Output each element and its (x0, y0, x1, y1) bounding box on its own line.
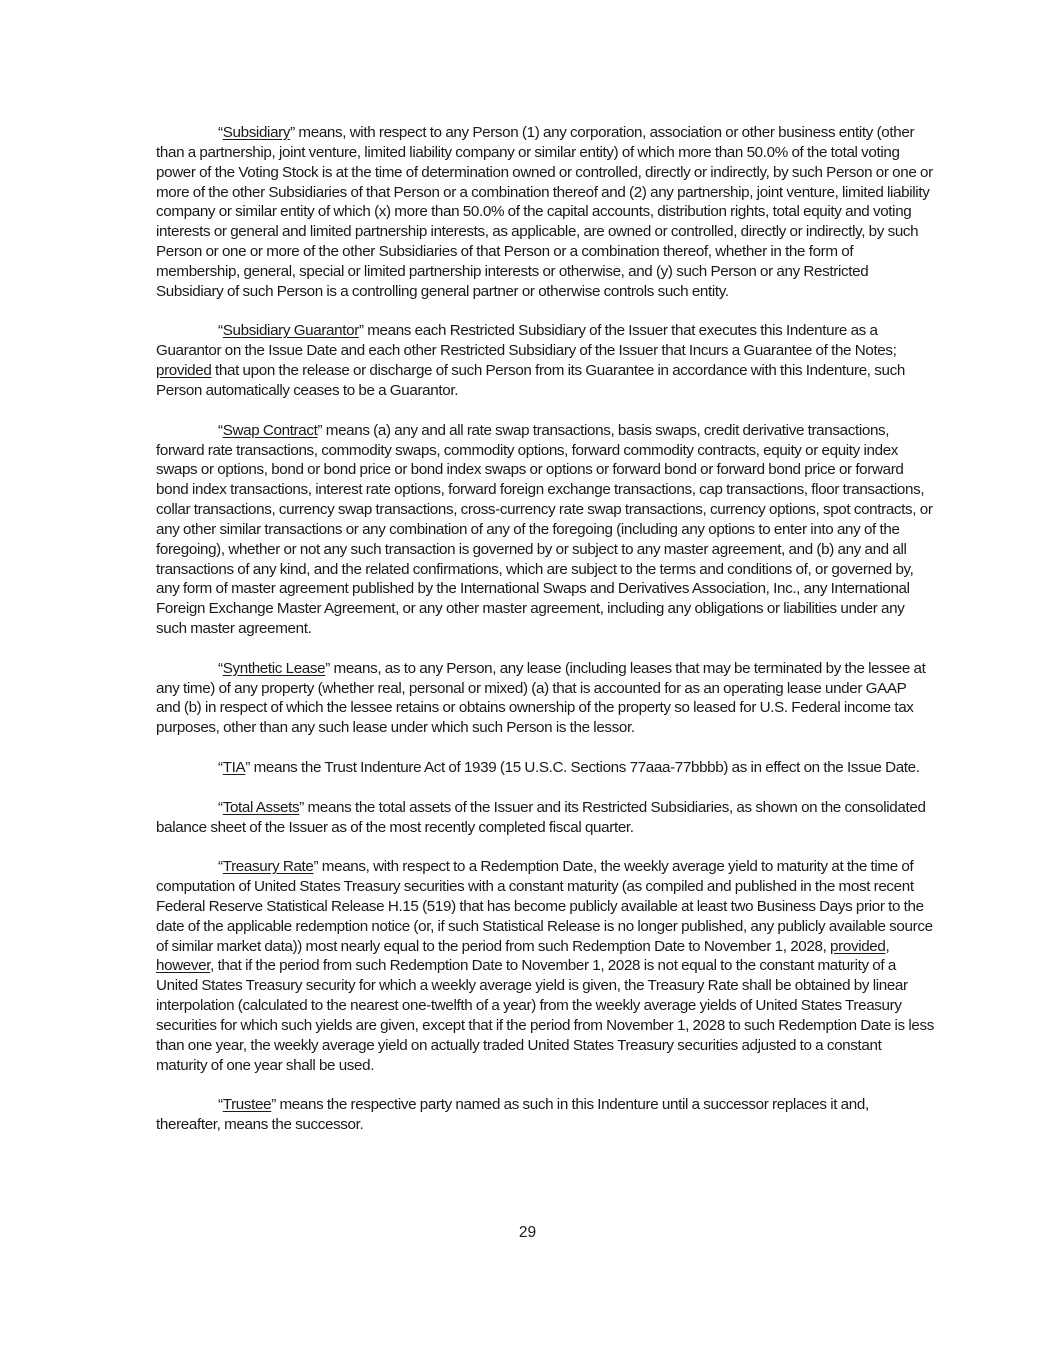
proviso-term: provided (156, 362, 211, 379)
definition-treasury-rate: “Treasury Rate” means, with respect to a… (156, 857, 934, 1075)
definition-subsidiary-guarantor: “Subsidiary Guarantor” means each Restri… (156, 321, 934, 400)
definition-text: ” means, with respect to any Person (1) … (156, 124, 933, 300)
defined-term: Trustee (223, 1096, 271, 1113)
definition-text: , (886, 938, 890, 955)
defined-term: Total Assets (223, 799, 300, 816)
proviso-term: provided (830, 938, 885, 955)
definition-tia: “TIA” means the Trust Indenture Act of 1… (156, 758, 934, 778)
definition-text: ” means the Trust Indenture Act of 1939 … (245, 759, 919, 776)
definition-swap-contract: “Swap Contract” means (a) any and all ra… (156, 421, 934, 639)
defined-term: Synthetic Lease (223, 660, 326, 677)
defined-term: Subsidiary Guarantor (223, 322, 359, 339)
defined-term: Subsidiary (223, 124, 290, 141)
definition-synthetic-lease: “Synthetic Lease” means, as to any Perso… (156, 659, 934, 738)
defined-term: Treasury Rate (223, 858, 314, 875)
definition-trustee: “Trustee” means the respective party nam… (156, 1095, 934, 1135)
definition-subsidiary: “Subsidiary” means, with respect to any … (156, 123, 934, 302)
defined-term: Swap Contract (223, 422, 318, 439)
definition-total-assets: “Total Assets” means the total assets of… (156, 798, 934, 838)
proviso-term: however (156, 957, 210, 974)
definition-text: that upon the release or discharge of su… (156, 362, 905, 399)
definition-text: , that if the period from such Redemptio… (156, 957, 934, 1073)
document-page-body: “Subsidiary” means, with respect to any … (156, 123, 934, 1135)
definition-text: ” means (a) any and all rate swap transa… (156, 422, 933, 637)
defined-term: TIA (223, 759, 246, 776)
page-number: 29 (0, 1224, 1055, 1242)
